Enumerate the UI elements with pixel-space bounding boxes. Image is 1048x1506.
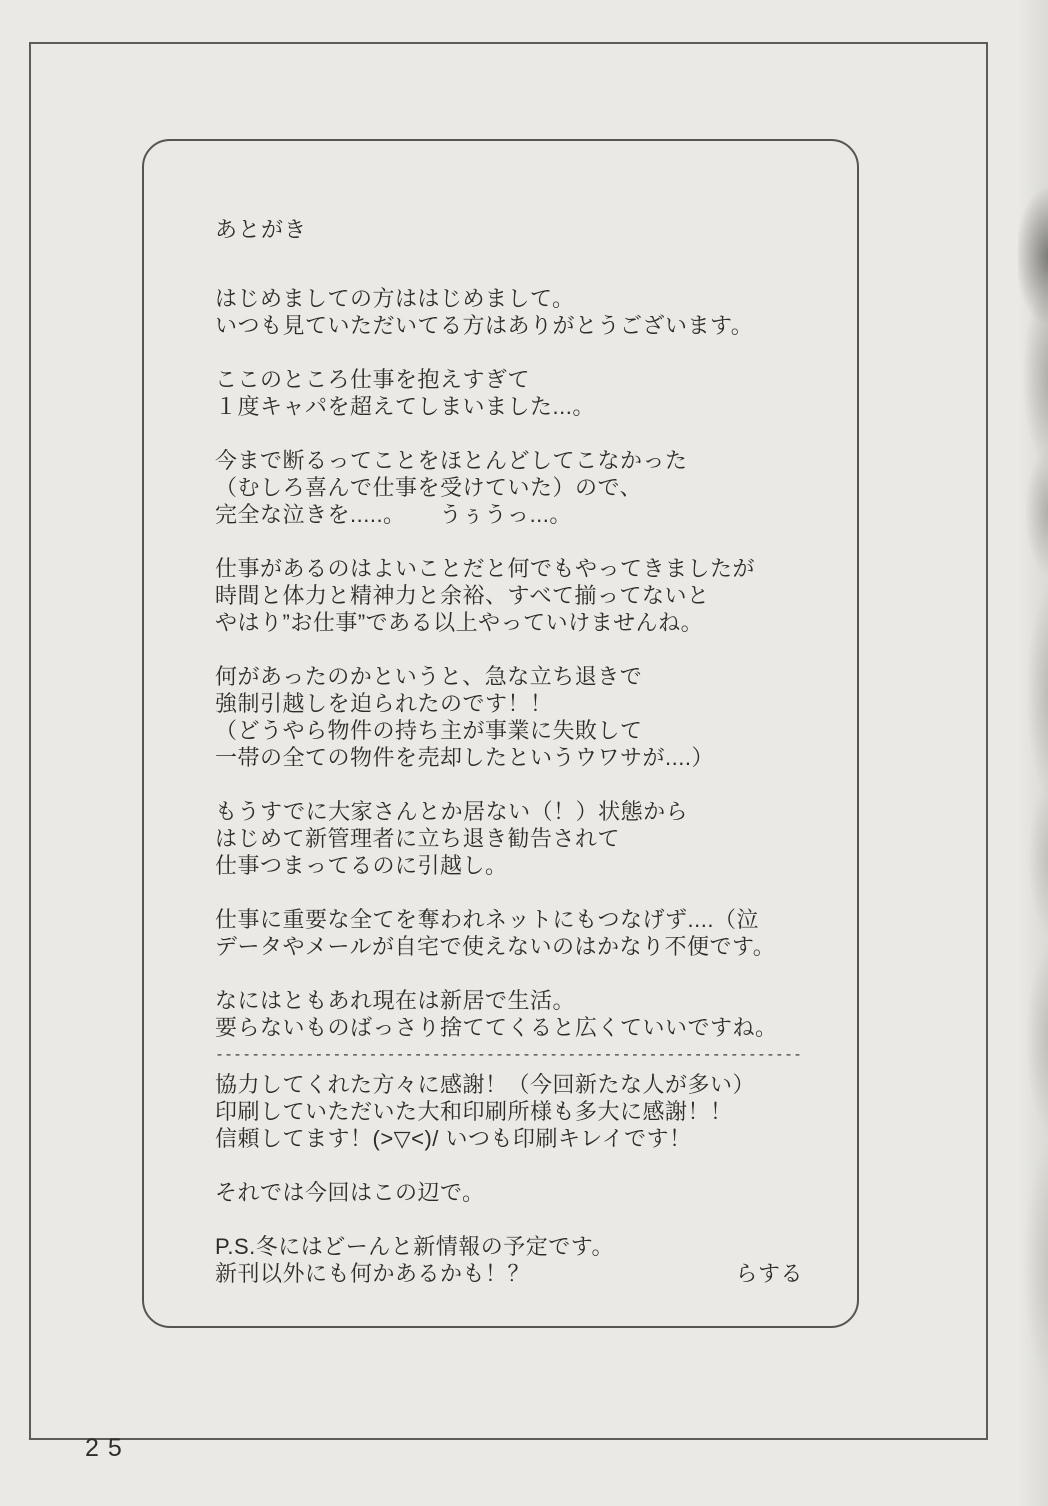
paragraph-closing: それでは今回はこの辺で。 — [215, 1179, 857, 1206]
text-line: 時間と体力と精神力と余裕、すべて揃ってないと — [215, 582, 857, 609]
paragraph-new-home: なにはともあれ現在は新居で生活。 要らないものばっさり捨ててくると広くていいです… — [215, 987, 857, 1041]
paragraph-overwork: ここのところ仕事を抱えすぎて １度キャパを超えてしまいました...。 — [215, 366, 857, 420]
text-line: １度キャパを超えてしまいました...。 — [215, 393, 857, 420]
dashed-divider: ----------------------------------------… — [215, 1049, 803, 1059]
paragraph-eviction: 何があったのかというと、急な立ち退きで 強制引越しを迫られたのです！！ （どうや… — [215, 663, 857, 771]
afterword-box: あとがき はじめましての方ははじめまして。 いつも見ていただいてる方はありがとう… — [142, 139, 859, 1328]
text-line: 信頼してます！(>▽<)/ いつも印刷キレイです！ — [215, 1125, 857, 1152]
text-line: P.S.冬にはどーんと新情報の予定です。 — [215, 1233, 857, 1260]
text-line: 仕事に重要な全てを奪われネットにもつなげず....（泣 — [215, 906, 857, 933]
text-line: ここのところ仕事を抱えすぎて — [215, 366, 857, 393]
text-line: はじめて新管理者に立ち退き勧告されて — [215, 825, 857, 852]
afterword-title: あとがき — [215, 219, 857, 241]
text-line: いつも見ていただいてる方はありがとうございます。 — [215, 312, 857, 339]
text-line: （むしろ喜んで仕事を受けていた）ので、 — [215, 474, 857, 501]
text-line: 仕事つまってるのに引越し。 — [215, 852, 857, 879]
ps-question: 新刊以外にも何かあるかも！？ — [215, 1260, 530, 1287]
text-line: 一帯の全ての物件を売却したというウワサが....） — [215, 744, 857, 771]
text-line: 印刷していただいた大和印刷所様も多大に感謝！！ — [215, 1098, 857, 1125]
text-line: 何があったのかというと、急な立ち退きで — [215, 663, 857, 690]
text-line: もうすでに大家さんとか居ない（！）状態から — [215, 798, 857, 825]
text-line: データやメールが自宅で使えないのはかなり不便です。 — [215, 933, 857, 960]
text-line: 今まで断るってことをほとんどしてこなかった — [215, 447, 857, 474]
page-number: 25 — [85, 1434, 131, 1463]
text-line: 強制引越しを迫られたのです！！ — [215, 690, 857, 717]
scanned-doujin-page: あとがき はじめましての方ははじめまして。 いつも見ていただいてる方はありがとう… — [0, 0, 1048, 1506]
paragraph-no-internet: 仕事に重要な全てを奪われネットにもつなげず....（泣 データやメールが自宅で使… — [215, 906, 857, 960]
paragraph-thanks: 協力してくれた方々に感謝！（今回新たな人が多い） 印刷していただいた大和印刷所様… — [215, 1071, 857, 1152]
text-line: 完全な泣きを.....。 うぅうっ...。 — [215, 501, 857, 528]
paragraph-postscript: P.S.冬にはどーんと新情報の予定です。 新刊以外にも何かあるかも！？ らする — [215, 1233, 857, 1287]
paragraph-landlord: もうすでに大家さんとか居ない（！）状態から はじめて新管理者に立ち退き勧告されて… — [215, 798, 857, 879]
text-line: はじめましての方ははじめまして。 — [215, 285, 857, 312]
text-line: 協力してくれた方々に感謝！（今回新たな人が多い） — [215, 1071, 857, 1098]
paragraph-work-philosophy: 仕事があるのはよいことだと何でもやってきましたが 時間と体力と精神力と余裕、すべ… — [215, 555, 857, 636]
text-line: （どうやら物件の持ち主が事業に失敗して — [215, 717, 857, 744]
text-line: なにはともあれ現在は新居で生活。 — [215, 987, 857, 1014]
text-line: やはり”お仕事”である以上やっていけませんね。 — [215, 609, 857, 636]
text-line: それでは今回はこの辺で。 — [215, 1179, 857, 1206]
author-signature: らする — [735, 1260, 803, 1287]
paragraph-greeting: はじめましての方ははじめまして。 いつも見ていただいてる方はありがとうございます… — [215, 285, 857, 339]
page-frame: あとがき はじめましての方ははじめまして。 いつも見ていただいてる方はありがとう… — [29, 42, 988, 1440]
text-line: 仕事があるのはよいことだと何でもやってきましたが — [215, 555, 857, 582]
scan-edge-texture — [1018, 0, 1048, 1506]
paragraph-refusing-work: 今まで断るってことをほとんどしてこなかった （むしろ喜んで仕事を受けていた）ので… — [215, 447, 857, 528]
text-line: 要らないものばっさり捨ててくると広くていいですね。 — [215, 1014, 857, 1041]
text-line: 新刊以外にも何かあるかも！？ らする — [215, 1260, 803, 1287]
